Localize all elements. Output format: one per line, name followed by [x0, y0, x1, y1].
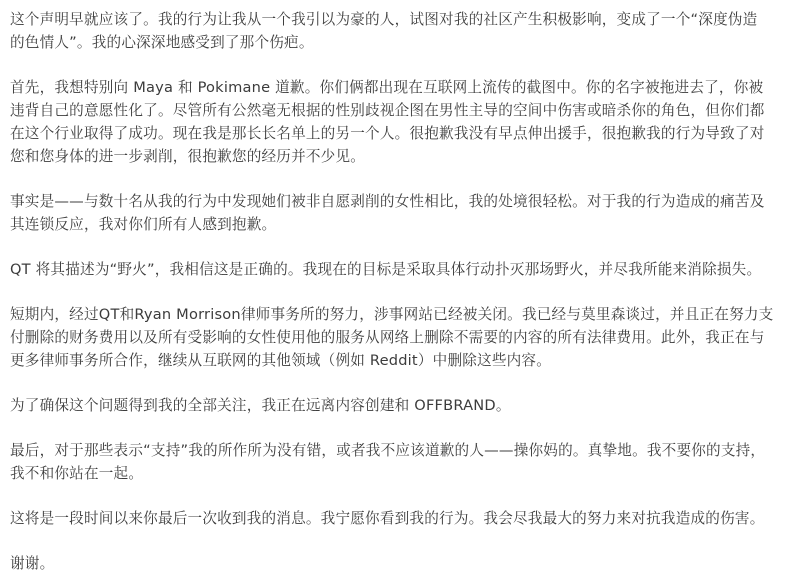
paragraph-last-message: 这将是一段时间以来你最后一次收到我的消息。我宁愿你看到我的行为。我会尽我最大的努…: [10, 507, 790, 530]
paragraph-the-fact-is: 事实是——与数十名从我的行为中发现她们被非自愿剥削的女性相比，我的处境很轻松。对…: [10, 190, 790, 236]
statement-document: 这个声明早就应该了。我的行为让我从一个我引以为豪的人，试图对我的社区产生积极影响…: [0, 0, 800, 572]
text-line: 我不和你站在一起。: [10, 462, 790, 485]
paragraph-finally: 最后，对于那些表示“支持”我的所作所为没有错，或者我不应该道歉的人——操你妈的。…: [10, 439, 790, 485]
text-line: 这将是一段时间以来你最后一次收到我的消息。我宁愿你看到我的行为。我会尽我最大的努…: [10, 507, 790, 530]
text-line: 短期内，经过QT和Ryan Morrison律师事务所的努力，涉事网站已经被关闭…: [10, 303, 790, 326]
text-line: QT 将其描述为“野火”，我相信这是正确的。我现在的目标是采取具体行动扑灭那场野…: [10, 258, 790, 281]
text-line: 谢谢。: [10, 552, 790, 572]
text-line: 的色情人”。我的心深深地感受到了那个伤疤。: [10, 31, 790, 54]
text-line: 其连锁反应，我对你们所有人感到抱歉。: [10, 213, 790, 236]
paragraph-apology-maya-pokimane: 首先，我想特别向 Maya 和 Pokimane 道歉。你们俩都出现在互联网上流…: [10, 76, 790, 168]
text-line: 您和您身体的进一步剥削，很抱歉您的经历并不少见。: [10, 145, 790, 168]
paragraph-wildfire: QT 将其描述为“野火”，我相信这是正确的。我现在的目标是采取具体行动扑灭那场野…: [10, 258, 790, 281]
text-line: 这个声明早就应该了。我的行为让我从一个我引以为豪的人，试图对我的社区产生积极影响…: [10, 8, 790, 31]
text-line: 最后，对于那些表示“支持”我的所作所为没有错，或者我不应该道歉的人——操你妈的。…: [10, 439, 790, 462]
text-line: 更多律师事务所合作，继续从互联网的其他领域（例如 Reddit）中删除这些内容。: [10, 349, 790, 372]
paragraph-overdue-statement: 这个声明早就应该了。我的行为让我从一个我引以为豪的人，试图对我的社区产生积极影响…: [10, 8, 790, 54]
text-line: 违背自己的意愿性化了。尽管所有公然毫无根据的性别歧视企图在男性主导的空间中伤害或…: [10, 99, 790, 122]
paragraph-thanks: 谢谢。: [10, 552, 790, 572]
text-line: 在这个行业取得了成功。现在我是那长长名单上的另一个人。很抱歉我没有早点伸出援手，…: [10, 122, 790, 145]
text-line: 事实是——与数十名从我的行为中发现她们被非自愿剥削的女性相比，我的处境很轻松。对…: [10, 190, 790, 213]
text-line: 付删除的财务费用以及所有受影响的女性使用他的服务从网络上删除不需要的内容的所有法…: [10, 326, 790, 349]
text-line: 为了确保这个问题得到我的全部关注，我正在远离内容创建和 OFFBRAND。: [10, 394, 790, 417]
paragraph-stepping-away: 为了确保这个问题得到我的全部关注，我正在远离内容创建和 OFFBRAND。: [10, 394, 790, 417]
paragraph-short-term-actions: 短期内，经过QT和Ryan Morrison律师事务所的努力，涉事网站已经被关闭…: [10, 303, 790, 372]
text-line: 首先，我想特别向 Maya 和 Pokimane 道歉。你们俩都出现在互联网上流…: [10, 76, 790, 99]
